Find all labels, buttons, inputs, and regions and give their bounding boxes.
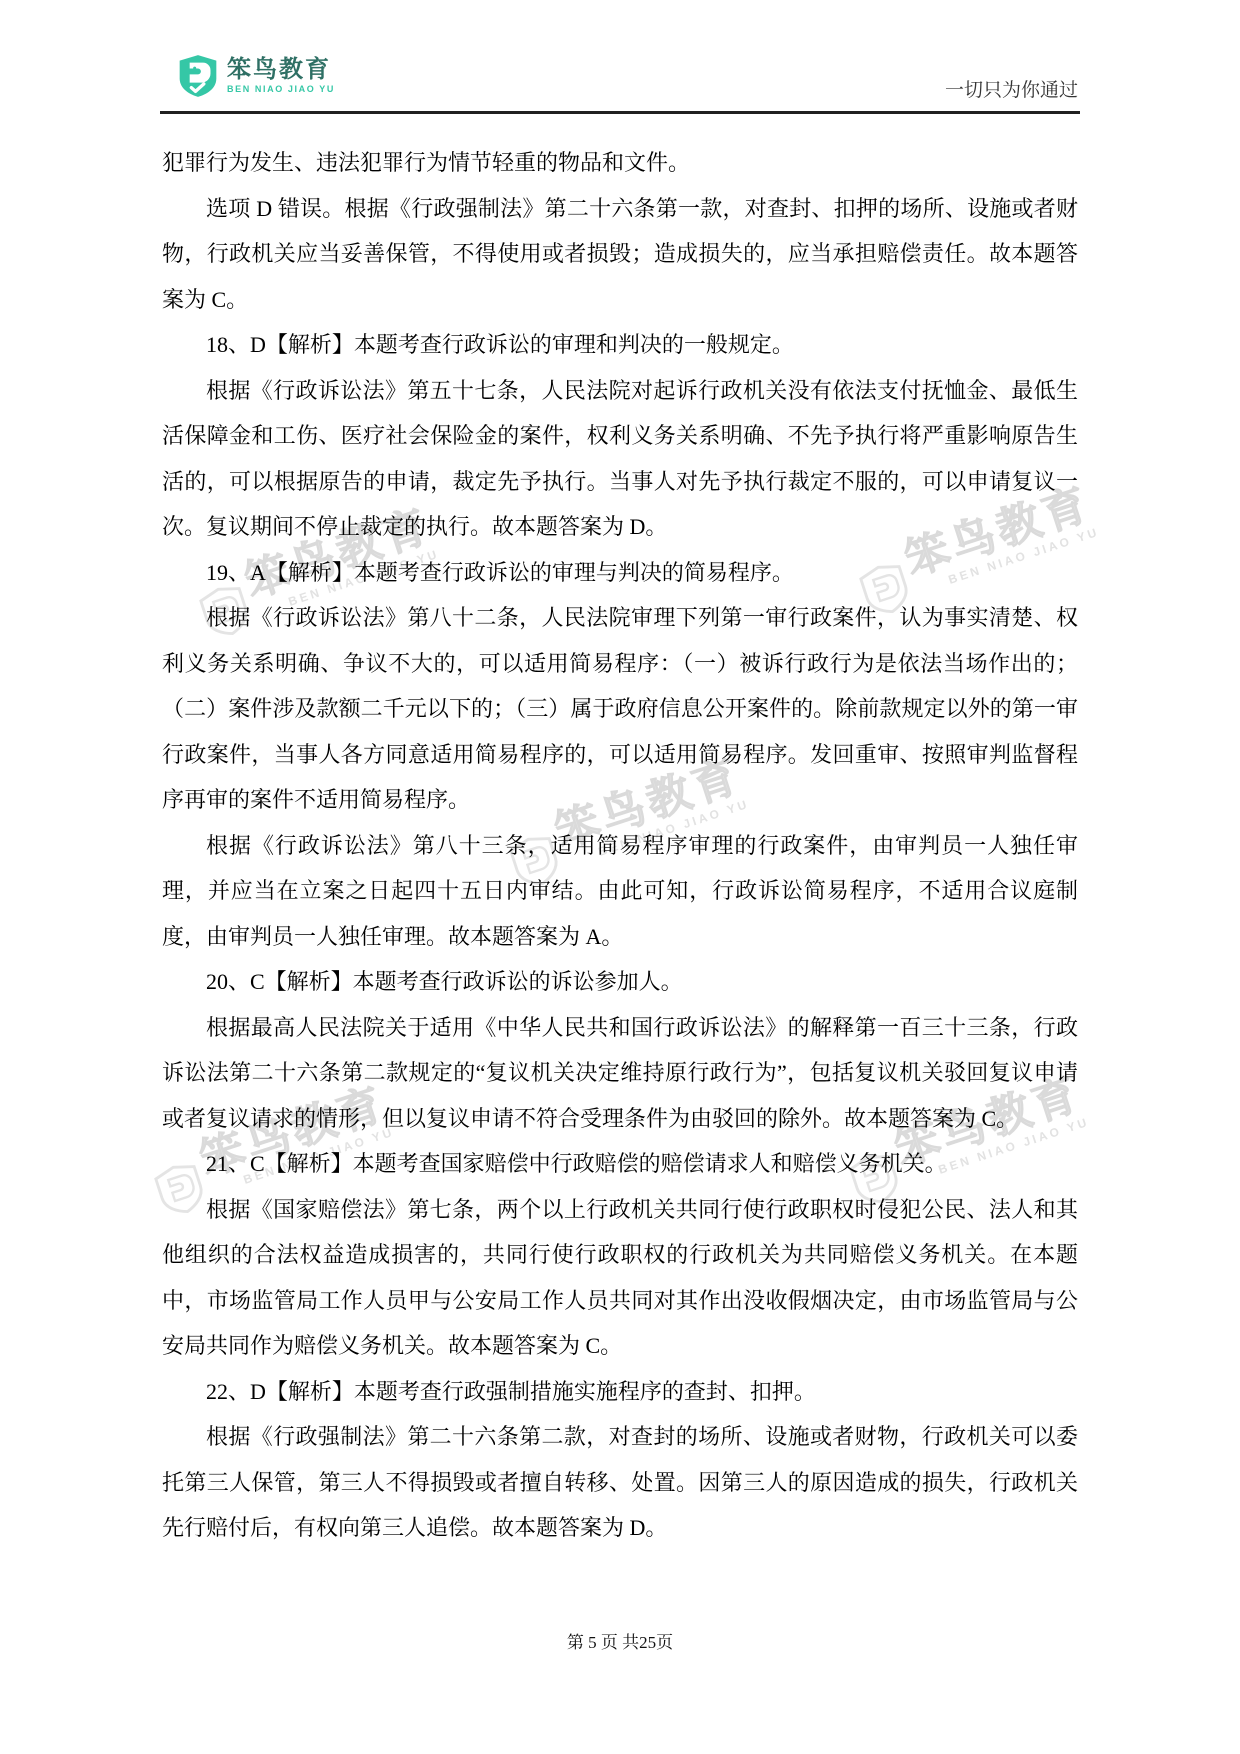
paragraph: 19、A【解析】本题考查行政诉讼的审理与判决的简易程序。 bbox=[162, 550, 1078, 596]
page-header: 笨鸟教育 BEN NIAO JIAO YU 一切只为你通过 bbox=[160, 48, 1080, 110]
paragraph: 21、C【解析】本题考查国家赔偿中行政赔偿的赔偿请求人和赔偿义务机关。 bbox=[162, 1141, 1078, 1187]
document-body: 犯罪行为发生、违法犯罪行为情节轻重的物品和文件。选项 D 错误。根据《行政强制法… bbox=[162, 140, 1078, 1551]
paragraph: 根据最高人民法院关于适用《中华人民共和国行政诉讼法》的解释第一百三十三条，行政诉… bbox=[162, 1005, 1078, 1142]
paragraph: 根据《国家赔偿法》第七条，两个以上行政机关共同行使行政职权时侵犯公民、法人和其他… bbox=[162, 1187, 1078, 1369]
paragraph: 18、D【解析】本题考查行政诉讼的审理和判决的一般规定。 bbox=[162, 322, 1078, 368]
paragraph: 根据《行政诉讼法》第八十三条，适用简易程序审理的行政案件，由审判员一人独任审理，… bbox=[162, 823, 1078, 960]
paragraph: 根据《行政强制法》第二十六条第二款，对查封的场所、设施或者财物，行政机关可以委托… bbox=[162, 1414, 1078, 1551]
header-rule bbox=[160, 111, 1080, 114]
logo-title: 笨鸟教育 bbox=[227, 58, 335, 82]
paragraph: 犯罪行为发生、违法犯罪行为情节轻重的物品和文件。 bbox=[162, 140, 1078, 186]
header-tagline: 一切只为你通过 bbox=[945, 75, 1078, 102]
logo-subtitle: BEN NIAO JIAO YU bbox=[227, 85, 335, 94]
logo-text: 笨鸟教育 BEN NIAO JIAO YU bbox=[227, 58, 335, 94]
brand-logo: 笨鸟教育 BEN NIAO JIAO YU bbox=[178, 54, 335, 98]
page-number: 第 5 页 共25页 bbox=[567, 1633, 673, 1652]
paragraph: 根据《行政诉讼法》第八十二条，人民法院审理下列第一审行政案件，认为事实清楚、权利… bbox=[162, 595, 1078, 823]
paragraph: 22、D【解析】本题考查行政强制措施实施程序的查封、扣押。 bbox=[162, 1369, 1078, 1415]
document-page: 笨鸟教育BEN NIAO JIAO YU 笨鸟教育BEN NIAO JIAO Y… bbox=[0, 0, 1240, 1754]
paragraph: 根据《行政诉讼法》第五十七条，人民法院对起诉行政机关没有依法支付抚恤金、最低生活… bbox=[162, 368, 1078, 550]
paragraph: 20、C【解析】本题考查行政诉讼的诉讼参加人。 bbox=[162, 959, 1078, 1005]
paragraph: 选项 D 错误。根据《行政强制法》第二十六条第一款，对查封、扣押的场所、设施或者… bbox=[162, 186, 1078, 323]
shield-bird-icon bbox=[178, 54, 218, 98]
page-footer: 第 5 页 共25页 bbox=[0, 1628, 1240, 1653]
